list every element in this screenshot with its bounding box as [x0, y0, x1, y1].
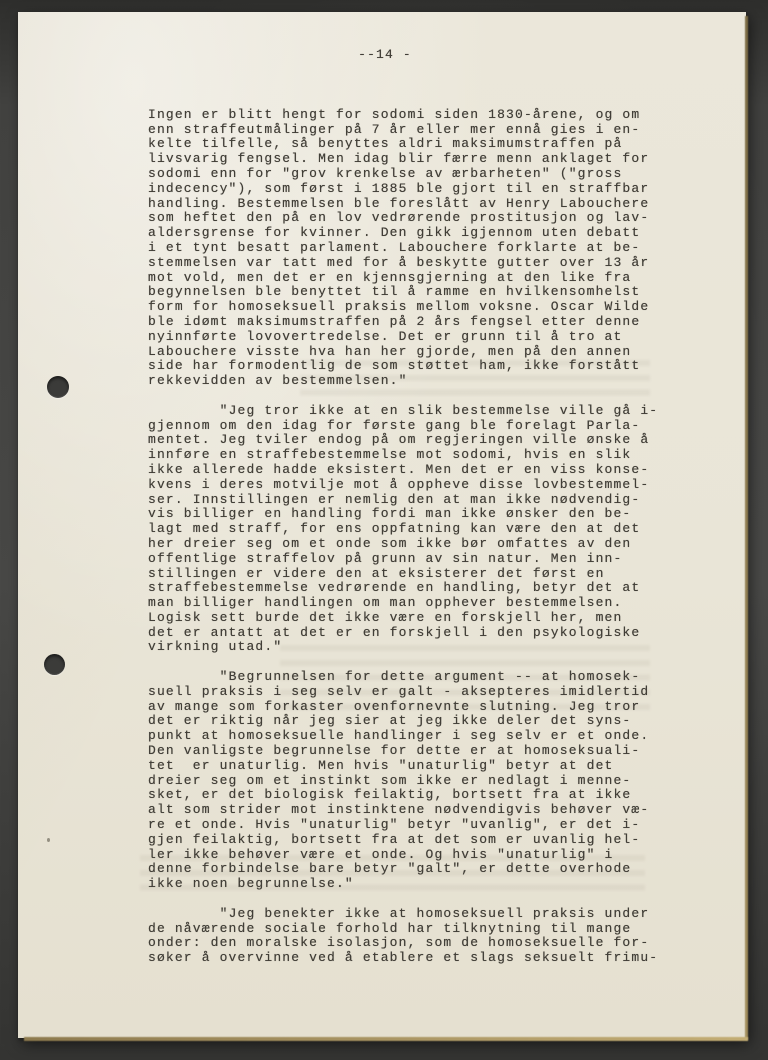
paragraph-2: "Jeg tror ikke at en slik bestemmelse vi… [148, 404, 688, 656]
document-page: --14 - Ingen er blitt hengt for sodomi s… [18, 12, 746, 1038]
punch-hole-bottom [44, 654, 65, 675]
paragraph-3: "Begrunnelsen for dette argument -- at h… [148, 670, 688, 892]
punch-hole-top [47, 376, 69, 398]
page-number: --14 - [115, 48, 655, 63]
scan-background: --14 - Ingen er blitt hengt for sodomi s… [0, 0, 768, 1060]
paper-speck [47, 838, 50, 842]
paragraph-4: "Jeg benekter ikke at homoseksuell praks… [148, 907, 688, 966]
typewritten-text-block: --14 - Ingen er blitt hengt for sodomi s… [148, 48, 688, 981]
paragraph-1: Ingen er blitt hengt for sodomi siden 18… [148, 108, 688, 389]
